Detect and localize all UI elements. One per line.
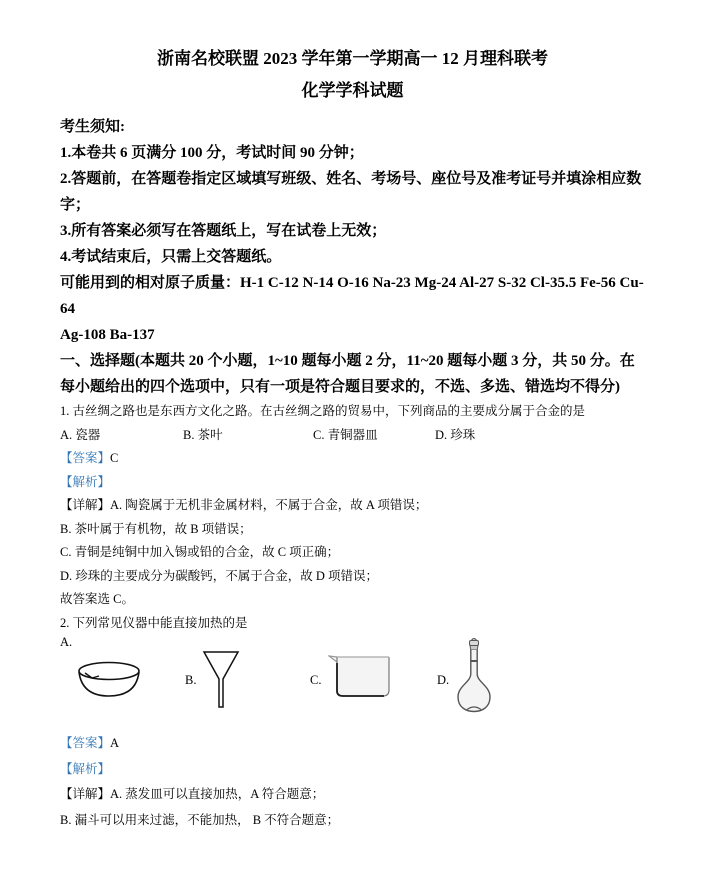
detail-line-4: D. 珍珠的主要成分为碳酸钙，不属于合金，故 D 项错误； (60, 565, 645, 589)
question-1-options: A. 瓷器B. 茶叶C. 青铜器皿D. 珍珠 (60, 424, 645, 448)
exam-title-line2: 化学学科试题 (60, 80, 645, 102)
option-a: A. 瓷器 (60, 424, 183, 448)
detail-text: A. 陶瓷属于无机非金属材料，不属于合金，故 A 项错误； (110, 498, 427, 512)
exam-document-page: 浙南名校联盟 2023 学年第一学期高一 12 月理科联考 化学学科试题 考生须… (0, 0, 701, 877)
evaporating-dish-icon (77, 661, 141, 703)
instrument-option-c-label: C. (310, 673, 321, 688)
question-1-block: 1. 古丝绸之路也是东西方文化之路。在古丝绸之路的贸易中，下列商品的主要成分属于… (60, 400, 645, 635)
option-b: B. 茶叶 (183, 424, 313, 448)
atomic-mass-line-1: 可能用到的相对原子质量：H-1 C-12 N-14 O-16 Na-23 Mg-… (60, 270, 645, 322)
question-2-text: 2. 下列常见仪器中能直接加热的是 (60, 612, 645, 636)
detail-label: 【详解】 (60, 498, 110, 512)
instrument-option-a-label: A. (60, 635, 72, 650)
detail-line-q2-2: B. 漏斗可以用来过滤，不能加热， B 不符合题意； (60, 808, 645, 834)
conclusion-line: 故答案选 C。 (60, 588, 645, 612)
question-2-instrument-options: A. B. C. D. (60, 635, 645, 731)
exam-title-line1: 浙南名校联盟 2023 学年第一学期高一 12 月理科联考 (60, 48, 645, 70)
option-d: D. 珍珠 (435, 424, 475, 448)
answer-value: C (110, 451, 118, 465)
answer-line: 【答案】C (60, 447, 645, 471)
notice-item-3: 3.所有答案必须写在答题纸上，写在试卷上无效； (60, 218, 645, 244)
analysis-label: 【解析】 (60, 471, 645, 495)
instrument-option-b-label: B. (185, 673, 196, 688)
answer-line-q2: 【答案】A (60, 731, 645, 757)
answer-label-q2: 【答案】 (60, 736, 110, 750)
answer-label: 【答案】 (60, 451, 110, 465)
answer-value-q2: A (110, 736, 119, 750)
beaker-icon (328, 653, 392, 699)
volumetric-flask-icon (454, 635, 496, 715)
section-heading: 一、选择题(本题共 20 个小题，1~10 题每小题 2 分，11~20 题每小… (60, 348, 645, 400)
detail-label-q2: 【详解】 (60, 787, 110, 801)
option-c: C. 青铜器皿 (313, 424, 435, 448)
instrument-option-d-label: D. (437, 673, 449, 688)
notice-item-2: 2.答题前，在答题卷指定区域填写班级、姓名、考场号、座位号及准考证号并填涂相应数… (60, 166, 645, 218)
notice-item-1: 1.本卷共 6 页满分 100 分，考试时间 90 分钟； (60, 140, 645, 166)
detail-line-1: 【详解】A. 陶瓷属于无机非金属材料，不属于合金，故 A 项错误； (60, 494, 645, 518)
notice-section: 考生须知: 1.本卷共 6 页满分 100 分，考试时间 90 分钟； 2.答题… (60, 114, 645, 348)
notice-item-4: 4.考试结束后，只需上交答题纸。 (60, 244, 645, 270)
detail-line-2: B. 茶叶属于有机物，故 B 项错误； (60, 518, 645, 542)
detail-line-3: C. 青铜是纯铜中加入锡或铅的合金，故 C 项正确； (60, 541, 645, 565)
notice-heading: 考生须知: (60, 114, 645, 140)
detail-line-q2-1: 【详解】A. 蒸发皿可以直接加热，A 符合题意； (60, 782, 645, 808)
detail-text-q2: A. 蒸发皿可以直接加热，A 符合题意； (110, 787, 324, 801)
question-1-text: 1. 古丝绸之路也是东西方文化之路。在古丝绸之路的贸易中，下列商品的主要成分属于… (60, 400, 645, 424)
question-2-answer-block: 【答案】A 【解析】 【详解】A. 蒸发皿可以直接加热，A 符合题意； B. 漏… (60, 731, 645, 833)
atomic-mass-line-2: Ag-108 Ba-137 (60, 322, 645, 348)
analysis-label-q2: 【解析】 (60, 757, 645, 783)
funnel-icon (202, 649, 240, 713)
